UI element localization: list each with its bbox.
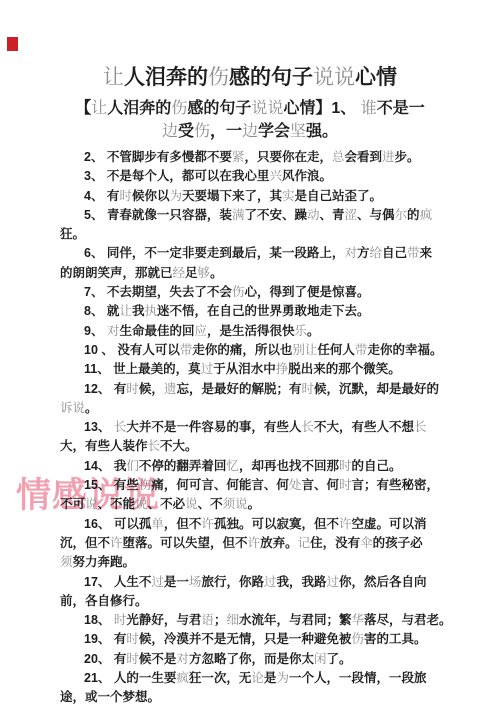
heading-line: 【让人泪奔的伤感的句子说说心情】1、 谁不是一 <box>0 98 500 121</box>
text-run: 是自己站歪了。 <box>295 189 383 203</box>
text-run: 不停的翻弄着回 <box>139 459 227 473</box>
quote-line: 14、 我们不停的翻弄着回忆，却再也找不回那时的自己。 <box>60 457 480 476</box>
quote-line: 12、 有时候，遗忘，是最好的解脱；有时候，沉默，却是最好的 <box>60 380 480 399</box>
text-run: 狂。 <box>60 227 85 241</box>
text-run: 候你以 <box>132 189 170 203</box>
light-glyph-run: 伤 <box>194 123 210 140</box>
light-glyph-run: 为 <box>169 189 182 203</box>
light-glyph-run: 遗 <box>164 382 177 396</box>
text-run: 我，我路 <box>276 575 326 589</box>
text-run: 脱出来的那个微笑。 <box>288 362 401 376</box>
light-glyph-run: 闲 <box>314 652 327 666</box>
quote-line: 17、 人生不过是一场旅行，你路过我，我路过你，然后各自向 <box>60 573 480 592</box>
text-run: 狂一次，无 <box>189 671 252 685</box>
text-run: 人泪奔的 <box>107 100 171 117</box>
light-glyph-run: 总 <box>332 150 345 164</box>
red-marker <box>7 37 18 51</box>
light-glyph-run: 让 <box>119 304 132 318</box>
light-glyph-run: 时 <box>114 613 127 627</box>
text-run: 痛，何可言、何能言、何 <box>151 478 289 492</box>
text-run: 心情】1、 <box>283 100 360 117</box>
light-glyph-run: 时 <box>339 459 352 473</box>
text-run: 强。 <box>306 123 338 140</box>
light-glyph-run: 须说 <box>223 497 248 511</box>
light-glyph-run: 带 <box>355 343 368 357</box>
text-run: 的 <box>407 208 420 222</box>
text-run: 了不安、躁 <box>244 208 307 222</box>
text-run: 你，然后各自向 <box>339 575 427 589</box>
quote-line: 18、 时光静好，与君语；细水流年，与君同；繁华落尽，与君老。 <box>60 611 480 630</box>
light-glyph-run: 边 <box>162 123 178 140</box>
text-run: 。 <box>248 497 261 511</box>
light-glyph-run: 进 <box>382 150 395 164</box>
text-run: 、与偶 <box>357 208 395 222</box>
light-glyph-run: 伤 <box>351 632 364 646</box>
text-run: 天要塌下来了，其 <box>182 189 282 203</box>
quote-line: 途，或一个梦想。 <box>60 688 480 707</box>
text-run: 不大，有些人不想 <box>314 420 414 434</box>
text-run: 。 <box>210 266 223 280</box>
light-glyph-run: 诉说 <box>60 401 85 415</box>
text-run: 、青 <box>319 208 344 222</box>
text-run: 感的句子 <box>187 100 251 117</box>
light-glyph-run: 说 <box>135 497 148 511</box>
text-run: ，一 <box>210 123 242 140</box>
text-run: 了。 <box>326 652 351 666</box>
text-run: 7、 不去期望，失去了不会 <box>84 285 232 299</box>
quote-line: 11、 世上最美的，莫过于从泪水中挣脱出来的那个微笑。 <box>60 360 480 379</box>
light-glyph-run: 别让 <box>292 343 317 357</box>
light-glyph-run: 许 <box>201 517 214 531</box>
text-run: 空虚。可以消 <box>351 517 426 531</box>
light-glyph-run: 说 <box>85 497 98 511</box>
text-run: 言；有些秘密， <box>351 478 439 492</box>
light-glyph-run: 让 <box>103 66 124 89</box>
text-run: 候， <box>139 382 164 396</box>
light-glyph-run: 带 <box>180 343 193 357</box>
quote-line: 须努力奔跑。 <box>60 553 480 572</box>
text-run: 走你的痛，所以也 <box>192 343 292 357</box>
light-glyph-run: 须 <box>60 555 73 569</box>
light-glyph-run: 时 <box>126 632 139 646</box>
quote-line: 8、 就让我执迷不悟，在自己的世界勇敢地走下去。 <box>60 302 480 321</box>
quote-line: 狂。 <box>60 225 480 244</box>
light-glyph-run: 为 <box>276 671 289 685</box>
text-run: 18、 <box>84 613 114 627</box>
text-run: 不可 <box>60 497 85 511</box>
text-run: 是一 <box>164 575 189 589</box>
light-glyph-run: 执 <box>144 304 157 318</box>
text-run: 3、 不是每个人，都可以在我心里 <box>84 169 269 183</box>
light-glyph-run: 过 <box>201 362 214 376</box>
light-glyph-run: 对 <box>176 652 189 666</box>
light-glyph-run: 过 <box>151 575 164 589</box>
text-run: 风作浪。 <box>282 169 332 183</box>
light-glyph-run: 疯 <box>420 208 433 222</box>
text-run: 言、何 <box>301 478 339 492</box>
text-run: 5、 青春就像一只容器，装 <box>84 208 232 222</box>
text-run: 8、 就 <box>84 304 119 318</box>
text-run: 。 <box>85 401 98 415</box>
light-glyph-run: 边 <box>242 123 258 140</box>
light-glyph-run: 语 <box>201 613 214 627</box>
text-run: 。 <box>307 324 320 338</box>
text-run: 自己 <box>382 246 407 260</box>
quote-line: 诉说。 <box>60 399 480 418</box>
heading-line: 边受伤，一边学会坚强。 <box>0 121 500 144</box>
light-glyph-run: 说说 <box>251 100 283 117</box>
text-run: 的孩子必 <box>373 536 423 550</box>
quote-line: 5、 青春就像一只容器，装满了不安、躁动、青涩、与偶尔的疯 <box>60 206 480 225</box>
text-run: 来 <box>420 246 433 260</box>
light-glyph-run: 够 <box>198 266 211 280</box>
text-run: 沉，但不 <box>60 536 110 550</box>
text-run: 不是一 <box>377 100 425 117</box>
text-run: 住，没有 <box>310 536 360 550</box>
quote-line: 3、 不是每个人，都可以在我心里兴风作浪。 <box>60 167 480 186</box>
quote-line: 7、 不去期望，失去了不会伤心，得到了便是惊喜。 <box>60 283 480 302</box>
light-glyph-run: 挣 <box>276 362 289 376</box>
text-run: 迷不悟，在自己的世界勇敢地走下去。 <box>157 304 370 318</box>
text-run: 21、 人的一生要 <box>84 671 176 685</box>
light-glyph-run: 场 <box>189 575 202 589</box>
text-run: 方 <box>357 246 370 260</box>
light-glyph-run: 时 <box>301 382 314 396</box>
text-run: 大并不是一件容易的事，有些人 <box>126 420 301 434</box>
page-title: 让人泪奔的伤感的句子说说心情 <box>0 64 500 92</box>
text-run: 放弃。 <box>260 536 298 550</box>
light-glyph-run: 论 <box>251 671 264 685</box>
light-glyph-run: 动 <box>307 208 320 222</box>
light-glyph-run: 细 <box>226 613 239 627</box>
text-run: 途，或一个梦想。 <box>60 690 160 704</box>
text-run: 20、 有 <box>84 652 126 666</box>
text-run: 心情 <box>355 66 397 89</box>
light-glyph-run: 许 <box>110 536 123 550</box>
light-glyph-run: 时 <box>126 652 139 666</box>
quotes-list: 2、 不管脚步有多慢都不要紧，只要你在走，总会看到进步。3、 不是每个人，都可以… <box>60 148 480 707</box>
light-glyph-run: 时 <box>126 382 139 396</box>
text-run: 前，各自修行。 <box>60 594 148 608</box>
light-glyph-run: 疯 <box>176 671 189 685</box>
light-glyph-run: 长 <box>414 420 427 434</box>
text-run: 感的句子 <box>229 66 313 89</box>
quote-line: 21、 人的一生要疯狂一次，无论是为一个人，一段情，一段旅 <box>60 669 480 688</box>
light-glyph-run: 长 <box>148 439 161 453</box>
text-run: 会看到 <box>344 150 382 164</box>
text-run: 9、 <box>84 324 107 338</box>
light-glyph-run: 许 <box>339 517 352 531</box>
text-run: 堕落。可以失望，但不 <box>123 536 248 550</box>
text-run: 害的工具。 <box>364 632 427 646</box>
quote-line: 沉，但不许堕落。可以失望，但不许放弃。记住，没有伞的孩子必 <box>60 534 480 553</box>
text-run: 6、 同伴，不一定非要走到最后，某一段路上， <box>84 246 344 260</box>
text-run: 走你的幸福。 <box>367 343 442 357</box>
light-glyph-run: 伤 <box>232 285 245 299</box>
text-run: 11、 世上最美的，莫 <box>84 362 201 376</box>
light-glyph-run: 处 <box>289 478 302 492</box>
text-run: 不大。 <box>160 439 198 453</box>
text-run: 生命最佳的回 <box>119 324 194 338</box>
light-glyph-run: 谁 <box>361 100 377 117</box>
quote-line: 10 、 没有人可以带走你的痛，所以也别让任何人带走你的幸福。 <box>60 341 480 360</box>
light-glyph-run: 伞 <box>360 536 373 550</box>
text-run: 于从泪水中 <box>213 362 276 376</box>
light-glyph-run: 让 <box>91 100 107 117</box>
light-glyph-run: 乐 <box>295 324 308 338</box>
text-run: 4、 有 <box>84 189 119 203</box>
text-run: 学会 <box>258 123 290 140</box>
text-run: 水流年，与君同；繁 <box>239 613 352 627</box>
text-run: 足 <box>185 266 198 280</box>
text-run: 旅行，你路 <box>201 575 264 589</box>
text-run: 、不能 <box>98 497 136 511</box>
text-run: 、不必 <box>148 497 186 511</box>
text-run: 2、 不管脚步有多慢都不要 <box>84 150 232 164</box>
text-run: 13、 <box>84 420 114 434</box>
text-run: 候，沉默，却是最好的 <box>314 382 439 396</box>
text-run: 受 <box>178 123 194 140</box>
light-glyph-run: 满 <box>232 208 245 222</box>
quote-line: 9、 对生命最佳的回应，是生活得很快乐。 <box>60 322 480 341</box>
light-glyph-run: 对 <box>107 324 120 338</box>
light-glyph-run: 尔 <box>395 208 408 222</box>
text-run: 15、 有些 <box>84 478 139 492</box>
light-glyph-run: 们 <box>126 459 139 473</box>
text-run: 的朗朗笑声，那就已 <box>60 266 173 280</box>
text-run: 人泪奔的 <box>124 66 208 89</box>
quote-line: 20、 有时候不是对方忽略了你，而是你太闲了。 <box>60 650 480 669</box>
quote-line: 19、 有时候，冷漠并不是无情，只是一种避免被伤害的工具。 <box>60 630 480 649</box>
quote-line: 13、 长大并不是一件容易的事，有些人长不大，有些人不想长 <box>60 418 480 437</box>
light-glyph-run: 涩 <box>345 208 358 222</box>
quote-line: 的朗朗笑声，那就已经足够。 <box>60 264 480 283</box>
text-run: 16、 可以孤 <box>84 517 151 531</box>
light-glyph-run: 说 <box>185 497 198 511</box>
light-glyph-run: 兴 <box>269 169 282 183</box>
text-run: 【 <box>75 100 91 117</box>
text-run: 的自己。 <box>351 459 401 473</box>
text-run: 、不 <box>198 497 223 511</box>
text-run: 落尽，与君老。 <box>364 613 452 627</box>
text-run: 17、 人生不 <box>84 575 151 589</box>
light-glyph-run: 经 <box>173 266 186 280</box>
light-glyph-run: 单 <box>151 517 164 531</box>
text-run: ； <box>214 613 227 627</box>
quote-line: 大，有些人装作长不大。 <box>60 437 480 456</box>
text-run: ，却再也找不回那 <box>239 459 339 473</box>
text-run: ，是生活得很快 <box>207 324 295 338</box>
light-glyph-run: 给 <box>369 246 382 260</box>
light-glyph-run: 伤 <box>171 100 187 117</box>
quote-line: 前，各自修行。 <box>60 592 480 611</box>
text-run: 候不是 <box>139 652 177 666</box>
light-glyph-run: 长 <box>301 420 314 434</box>
light-glyph-run: 对 <box>344 246 357 260</box>
light-glyph-run: 记 <box>298 536 311 550</box>
text-run: 努力奔跑。 <box>73 555 136 569</box>
text-run: 一个人，一段情，一段旅 <box>289 671 427 685</box>
light-glyph-run: 时 <box>339 478 352 492</box>
light-glyph-run: 坚 <box>290 123 306 140</box>
light-glyph-run: 带 <box>407 246 420 260</box>
text-run: ，但不 <box>164 517 202 531</box>
quote-line: 4、 有时候你以为天要塌下来了，其实是自己站歪了。 <box>60 187 480 206</box>
light-glyph-run: 长 <box>114 420 127 434</box>
text-run: 12、 有 <box>84 382 126 396</box>
text-run: 心，得到了便是惊喜。 <box>244 285 369 299</box>
text-run: ，只要你在走， <box>244 150 332 164</box>
text-run: 任何人 <box>317 343 355 357</box>
quote-line: 15、 有些伤痛，何可言、何能言、何处言、何时言；有些秘密， <box>60 476 480 495</box>
text-run: 是 <box>264 671 277 685</box>
text-run: 候，冷漠并不是无情，只是一种避免被 <box>139 632 352 646</box>
quote-line: 6、 同伴，不一定非要走到最后，某一段路上，对方给自己带来 <box>60 244 480 263</box>
light-glyph-run: 忆 <box>226 459 239 473</box>
heading-paragraph: 【让人泪奔的伤感的句子说说心情】1、 谁不是一边受伤，一边学会坚强。 <box>0 98 500 143</box>
text-run: 方忽略了你，而是你太 <box>189 652 314 666</box>
light-glyph-run: 说说 <box>313 66 355 89</box>
light-glyph-run: 华 <box>351 613 364 627</box>
text-run: 光静好，与君 <box>126 613 201 627</box>
light-glyph-run: 过 <box>326 575 339 589</box>
light-glyph-run: 伤 <box>139 478 152 492</box>
light-glyph-run: 过 <box>264 575 277 589</box>
quote-line: 2、 不管脚步有多慢都不要紧，只要你在走，总会看到进步。 <box>60 148 480 167</box>
text-run: 19、 有 <box>84 632 126 646</box>
quote-line: 16、 可以孤单，但不许孤独。可以寂寞，但不许空虚。可以消 <box>60 515 480 534</box>
text-run: 14、 我 <box>84 459 126 473</box>
text-run: 孤独。可以寂寞，但不 <box>214 517 339 531</box>
text-run: 大，有些人装作 <box>60 439 148 453</box>
light-glyph-run: 许 <box>248 536 261 550</box>
text-run: 步。 <box>395 150 420 164</box>
light-glyph-run: 伤 <box>208 66 229 89</box>
quote-line: 不可说、不能说、不必说、不须说。 <box>60 495 480 514</box>
light-glyph-run: 时 <box>119 189 132 203</box>
text-run: 10 、 没有人可以 <box>84 343 180 357</box>
text-run: 忘，是最好的解脱；有 <box>176 382 301 396</box>
light-glyph-run: 应 <box>194 324 207 338</box>
light-glyph-run: 紧 <box>232 150 245 164</box>
text-run: 我 <box>132 304 145 318</box>
document-page: 情感说说 让人泪奔的伤感的句子说说心情 【让人泪奔的伤感的句子说说心情】1、 谁… <box>0 0 500 707</box>
light-glyph-run: 实 <box>282 189 295 203</box>
